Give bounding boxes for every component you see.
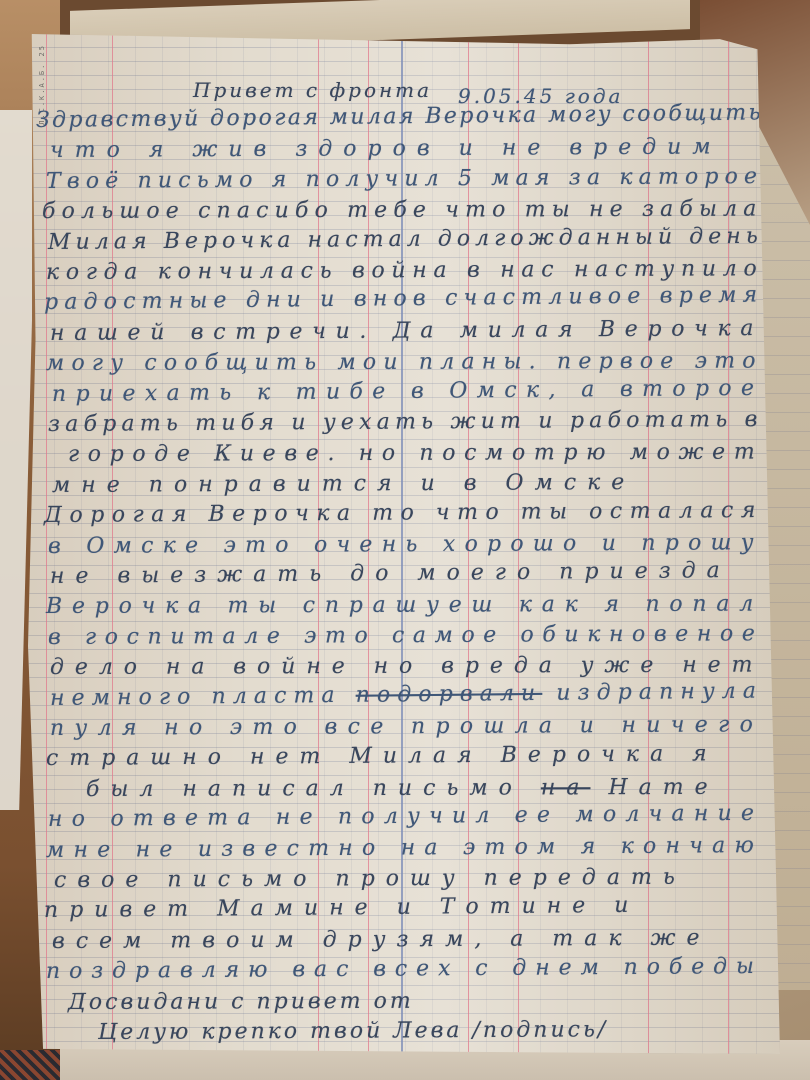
letter-line: пуля но это все прошла и ничего: [50, 712, 763, 741]
handwritten-letter: Л.С.К.А.Б. 25 Привет с фронта 9.05.45 го…: [28, 34, 780, 1054]
letter-line: но ответа не получил ее молчание: [48, 801, 763, 832]
letter-line: поздравляю вас всех с днем победы: [46, 954, 763, 984]
letter-text: Привет с фронта 9.05.45 года Здравствуй …: [28, 34, 780, 1054]
letter-line: мне понравится и в Омске: [52, 470, 635, 498]
letter-line: был написал письмо на Нате: [86, 775, 719, 802]
letter-line: радостные дни и внов счастливое время: [44, 283, 764, 316]
letter-greeting: Привет с фронта: [193, 78, 432, 102]
letter-line: большое спасибо тебе что ты не забыла: [42, 197, 763, 225]
letter-line: немного пласта подорвали издрапнула: [50, 678, 763, 710]
letter-line: Здравствуй дорогая милая Верочка могу со…: [36, 100, 763, 133]
letter-line: Милая Верочка настал долгожданный день: [48, 223, 763, 254]
letter-line: могу сообщить мои планы. первое это: [46, 349, 763, 377]
letter-line: нашей встречи. Да милая Верочка: [50, 316, 763, 346]
letter-line: городе Киеве. но посмотрю может: [68, 440, 763, 467]
letter-line: в госпитале это самое обикновеное: [48, 621, 764, 650]
letter-signoff-line: Целую крепко твой Лева /подпись/: [98, 1017, 608, 1045]
letter-line: Дорогая Верочка то что ты осталася: [44, 498, 763, 528]
letter-line: не выезжать до моего приезда: [50, 558, 731, 589]
letter-line: забрать тибя и уехать жит и работать в: [48, 407, 763, 437]
letter-line: что я жив здоров и не вредим: [50, 135, 722, 164]
letter-line: приехать к тибе в Омск, а второе: [52, 375, 763, 406]
letter-line: свое письмо прошу передать: [54, 865, 686, 893]
fabric-corner: [0, 1050, 60, 1080]
letter-line: привет Мамине и Тотине и: [44, 893, 640, 923]
letter-signoff-line: Досвидани с привет от: [68, 988, 414, 1014]
letter-line: дело на войне но вреда уже нет: [50, 653, 763, 680]
letter-line: мне не известно на этом я кончаю: [46, 833, 763, 863]
letter-line: страшно нет Милая Верочка я: [46, 742, 718, 772]
letter-line: когда кончилась война в нас наступило: [46, 256, 764, 285]
letter-line: Твоё письмо я получил 5 мая за каторое: [46, 164, 763, 194]
letter-line: в Омске это очень хорошо и прошу: [48, 530, 763, 559]
letter-line: всем твоим друзям, а так же: [52, 925, 711, 953]
letter-line: Верочка ты спрашуеш как я попал: [46, 592, 763, 620]
